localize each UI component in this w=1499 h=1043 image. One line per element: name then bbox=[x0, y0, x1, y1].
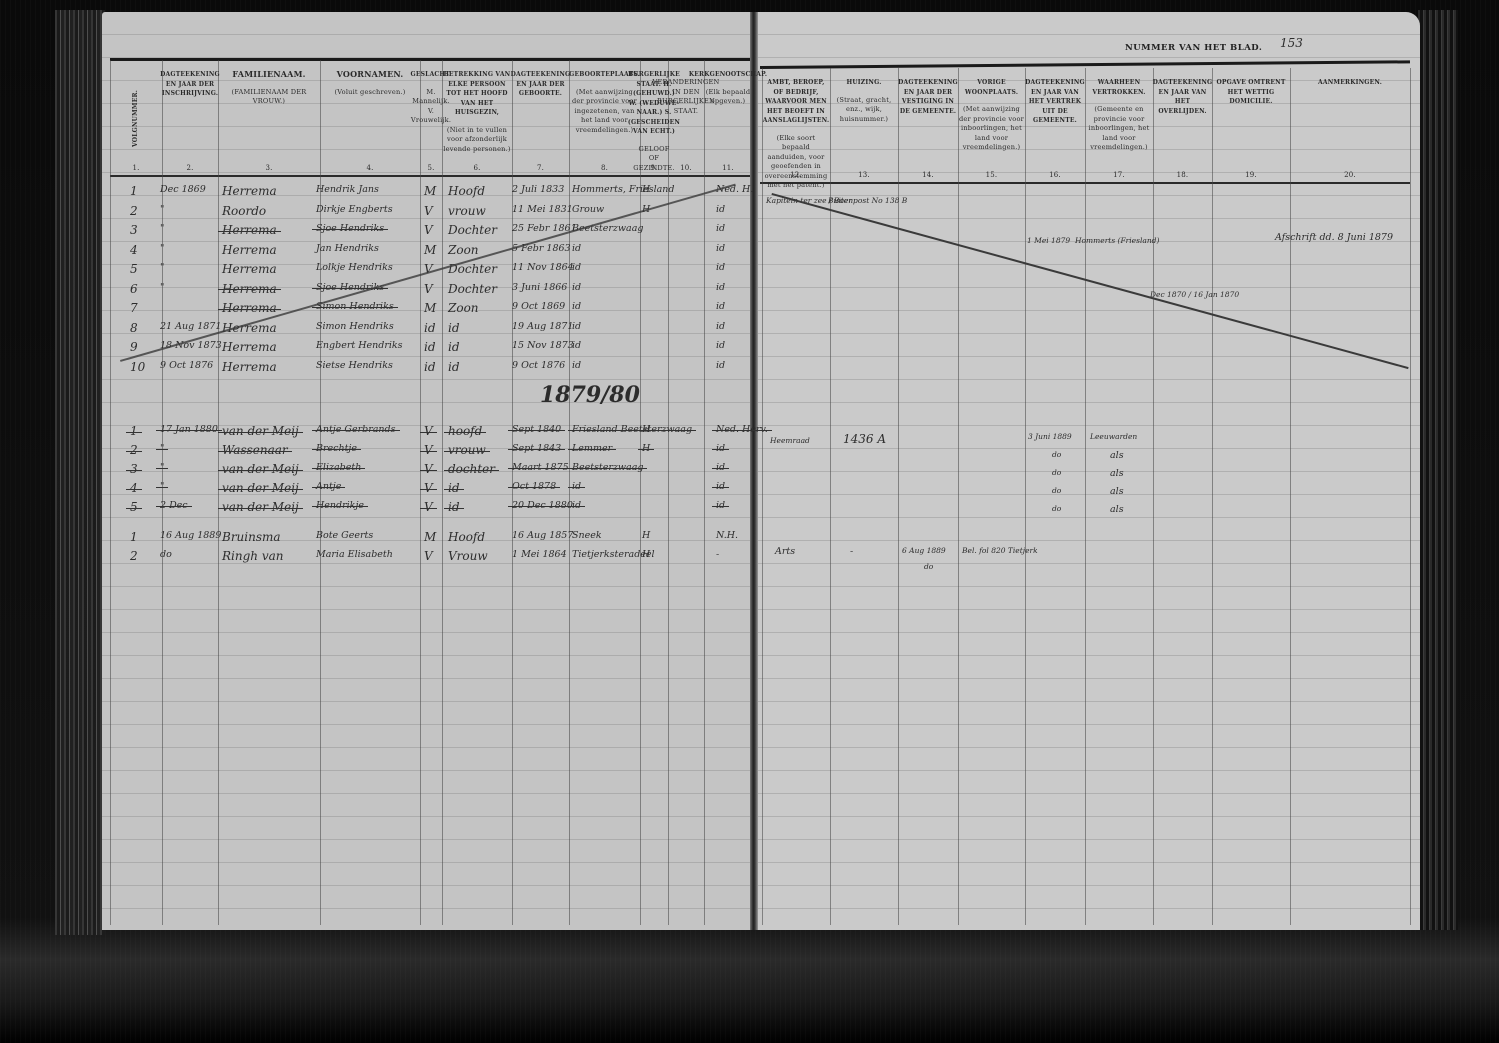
page-number: 153 bbox=[1280, 36, 1303, 50]
entry-given: Hendrik Jans bbox=[316, 184, 379, 195]
column-header-note: (Straat, gracht, enz., wijk, huisnummer.… bbox=[830, 96, 898, 125]
column-header-2: DAGTEEKENING EN JAAR DER INSCHRIJVING.2. bbox=[162, 60, 218, 175]
ditto-mark: do bbox=[1052, 486, 1061, 495]
entry-birth: Sept 1840 bbox=[512, 424, 561, 435]
entry-relation: vrouw bbox=[448, 443, 486, 457]
ditto-mark: do bbox=[1052, 450, 1061, 459]
entry-date: 17 Jan 1880 bbox=[160, 424, 218, 435]
entry-birth: 19 Aug 1871 bbox=[512, 321, 573, 332]
column-header-title: FAMILIENAAM. bbox=[232, 70, 305, 80]
column-divider bbox=[1410, 68, 1411, 925]
entry-no: 2 bbox=[130, 204, 138, 218]
column-header-4: VOORNAMEN.(Voluit geschreven.)4. bbox=[320, 60, 420, 175]
entry-birth: 1 Mei 1864 bbox=[512, 549, 567, 560]
column-header-title: DAGTEEKENING EN JAAR DER INSCHRIJVING. bbox=[160, 70, 220, 99]
entry-relation: Zoon bbox=[448, 301, 479, 315]
entry-surname: Herrema bbox=[222, 223, 277, 237]
entry-no: 6 bbox=[130, 282, 138, 296]
column-header-title: AMBT, BEROEP, OF BEDRIJF, WAARVOOR MEN H… bbox=[762, 78, 830, 126]
entry-sex: V bbox=[424, 500, 433, 514]
column-header-20: AANMERKINGEN.20. bbox=[1290, 68, 1410, 182]
entry-church: id bbox=[716, 321, 725, 332]
entry-birthplace: id bbox=[572, 282, 581, 293]
entry-given: Sjoe Hendriks bbox=[316, 223, 384, 234]
column-header-title: WAARHEEN VERTROKKEN. bbox=[1085, 78, 1153, 97]
entry-no: 5 bbox=[130, 262, 138, 276]
entry-given: Engbert Hendriks bbox=[316, 340, 403, 351]
entry-birthplace: Friesland Beetsterzwaag bbox=[572, 424, 692, 435]
entry-date: " bbox=[160, 204, 164, 215]
entry-house: - bbox=[850, 546, 853, 557]
column-header-title: VOLGNUMMER. bbox=[131, 90, 141, 147]
entry-birth: Sept 1843 bbox=[512, 443, 561, 454]
column-header-15: VORIGE WOONPLAATS.(Met aanwijzing der pr… bbox=[958, 68, 1025, 182]
entry-relation: Zoon bbox=[448, 243, 479, 257]
entry-no: 2 bbox=[130, 549, 138, 563]
column-divider bbox=[762, 68, 763, 925]
entry-settle-date: 6 Aug 1889 bbox=[902, 546, 946, 555]
entry-surname: Roordo bbox=[222, 204, 266, 218]
entry-birth: 15 Nov 1873 bbox=[512, 340, 574, 351]
column-divider bbox=[958, 68, 959, 925]
entry-house: 1436 A bbox=[843, 432, 886, 446]
entry-settle-date: do bbox=[924, 562, 933, 571]
entry-date: do bbox=[160, 549, 172, 560]
entry-birthplace: id bbox=[572, 262, 581, 273]
entry-no: 1 bbox=[130, 184, 138, 198]
column-number: 7. bbox=[512, 164, 569, 174]
column-header-1: VOLGNUMMER.1. bbox=[110, 60, 162, 175]
entry-surname: van der Meij bbox=[222, 481, 299, 495]
entry-birth: 16 Aug 1857 bbox=[512, 530, 573, 541]
entry-date: Dec 1869 bbox=[160, 184, 206, 195]
entry-date: " bbox=[160, 262, 164, 273]
entry-no: 4 bbox=[130, 243, 138, 257]
entry-date: " bbox=[160, 481, 164, 492]
column-divider bbox=[218, 60, 219, 925]
entry-surname: van der Meij bbox=[222, 462, 299, 476]
entry-birth: 11 Nov 1864 bbox=[512, 262, 574, 273]
column-header-14: DAGTEEKENING EN JAAR DER VESTIGING IN DE… bbox=[898, 68, 958, 182]
entry-church: id bbox=[716, 462, 725, 473]
entry-date: " bbox=[160, 443, 164, 454]
entry-civil: H bbox=[642, 184, 650, 195]
entry-sex: V bbox=[424, 282, 433, 296]
entry-birthplace: id bbox=[572, 321, 581, 332]
entry-birth: Oct 1878 bbox=[512, 481, 556, 492]
entry-surname: Bruinsma bbox=[222, 530, 281, 544]
column-header-19: OPGAVE OMTRENT HET WETTIG DOMICILIE.19. bbox=[1212, 68, 1290, 182]
book-page-edges-left bbox=[55, 10, 105, 935]
entry-given: Hendrikje bbox=[316, 500, 364, 511]
column-header-16: DAGTEEKENING EN JAAR VAN HET VERTREK UIT… bbox=[1025, 68, 1085, 182]
entry-departure-to: als bbox=[1110, 504, 1124, 515]
entry-birthplace: Lemmer bbox=[572, 443, 612, 454]
entry-given: Brechtje bbox=[316, 443, 357, 454]
entry-no: 3 bbox=[130, 223, 138, 237]
entry-birth: 2 Juli 1833 bbox=[512, 184, 564, 195]
entry-relation: Hoofd bbox=[448, 530, 485, 544]
entry-church: N.H. bbox=[716, 530, 738, 541]
entry-surname: Herrema bbox=[222, 340, 277, 354]
entry-no: 10 bbox=[130, 360, 145, 374]
column-header-title: DAGTEEKENING EN JAAR VAN HET OVERLIJDEN. bbox=[1153, 78, 1213, 116]
entry-given: Simon Hendriks bbox=[316, 321, 394, 332]
entry-occupation: Arts bbox=[775, 546, 795, 557]
column-header-title: VORIGE WOONPLAATS. bbox=[958, 78, 1025, 97]
entry-sex: id bbox=[424, 360, 436, 374]
entry-date: 21 Aug 1871 bbox=[160, 321, 221, 332]
entry-birthplace: Sneek bbox=[572, 530, 602, 541]
column-number: 15. bbox=[958, 171, 1025, 181]
entry-church: id bbox=[716, 500, 725, 511]
entry-church: id bbox=[716, 481, 725, 492]
column-number: 6. bbox=[442, 164, 512, 174]
entry-remarks: Afschrift dd. 8 Juni 1879 bbox=[1275, 232, 1393, 243]
column-header-title: DAGTEEKENING EN JAAR DER GEBOORTE. bbox=[511, 70, 571, 99]
entry-birthplace: id bbox=[572, 500, 581, 511]
column-header-title: DAGTEEKENING EN JAAR VAN HET VERTREK UIT… bbox=[1025, 78, 1085, 126]
column-header-title: BETREKKING VAN ELKE PERSOON TOT HET HOOF… bbox=[442, 70, 512, 118]
entry-relation: id bbox=[448, 481, 460, 495]
entry-date: 16 Aug 1889 bbox=[160, 530, 221, 541]
column-number: 18. bbox=[1153, 171, 1212, 181]
column-header-note: (Met aanwijzing der provincie voor inboo… bbox=[958, 105, 1025, 153]
entry-surname: van der Meij bbox=[222, 500, 299, 514]
entry-relation: id bbox=[448, 340, 460, 354]
entry-birth: 9 Oct 1869 bbox=[512, 301, 565, 312]
column-divider bbox=[704, 60, 705, 925]
column-divider bbox=[1025, 68, 1026, 925]
column-header-title: HUIZING. bbox=[847, 78, 882, 88]
column-header-title: KERKGENOOTSCHAP. bbox=[689, 70, 767, 80]
column-header-title: VOORNAMEN. bbox=[337, 70, 404, 80]
column-number: 11. bbox=[704, 164, 752, 174]
entry-departure-to: als bbox=[1110, 468, 1124, 479]
entry-relation: id bbox=[448, 321, 460, 335]
entry-birthplace: id bbox=[572, 340, 581, 351]
entry-surname: Herrema bbox=[222, 243, 277, 257]
entry-birthplace: Beetsterzwaag bbox=[572, 462, 643, 473]
entry-given: Simon Hendriks bbox=[316, 301, 394, 312]
entry-sex: M bbox=[424, 243, 436, 257]
entry-surname: Ringh van bbox=[222, 549, 284, 563]
column-number: 19. bbox=[1212, 171, 1290, 181]
column-header-note: (Niet in te vullen voor afzonderlijk lev… bbox=[442, 126, 512, 155]
entry-relation: Vrouw bbox=[448, 549, 488, 563]
column-divider bbox=[1212, 68, 1213, 925]
column-number: 4. bbox=[320, 164, 420, 174]
entry-birthplace: id bbox=[572, 481, 581, 492]
entry-sex: id bbox=[424, 321, 436, 335]
column-header-note: (Elke soort bepaald aanduiden, voor geoe… bbox=[762, 134, 830, 191]
entry-no: 9 bbox=[130, 340, 138, 354]
entry-no: 3 bbox=[130, 462, 138, 476]
entry-relation: id bbox=[448, 500, 460, 514]
entry-birthplace: id bbox=[572, 301, 581, 312]
entry-civil: H bbox=[642, 443, 650, 454]
column-number: 2. bbox=[162, 164, 218, 174]
section-year-heading: 1879/80 bbox=[540, 382, 640, 408]
entry-no: 8 bbox=[130, 321, 138, 335]
entry-departure-date: 1 Mei 1879 bbox=[1027, 236, 1070, 245]
ditto-mark: do bbox=[1052, 504, 1061, 513]
entry-church: id bbox=[716, 204, 725, 215]
entry-surname: Herrema bbox=[222, 184, 277, 198]
entry-no: 5 bbox=[130, 500, 138, 514]
entry-sex: V bbox=[424, 549, 433, 563]
entry-relation: id bbox=[448, 360, 460, 374]
entry-given: Sietse Hendriks bbox=[316, 360, 393, 371]
column-number: 8. bbox=[569, 164, 640, 174]
entry-church: id bbox=[716, 340, 725, 351]
entry-civil: H bbox=[642, 549, 650, 560]
entry-sex: M bbox=[424, 184, 436, 198]
column-header-12: AMBT, BEROEP, OF BEDRIJF, WAARVOOR MEN H… bbox=[762, 68, 830, 182]
column-number: 17. bbox=[1085, 171, 1153, 181]
column-number: 13. bbox=[830, 171, 898, 181]
column-number: 14. bbox=[898, 171, 958, 181]
entry-church: id bbox=[716, 443, 725, 454]
entry-civil: H bbox=[642, 530, 650, 541]
entry-occupation: Heemraad bbox=[770, 436, 810, 445]
entry-given: Antje Gerbrands bbox=[316, 424, 396, 435]
entry-church: id bbox=[716, 282, 725, 293]
column-header-note: (Gemeente en provincie voor inboorlingen… bbox=[1085, 105, 1153, 153]
entry-relation: hoofd bbox=[448, 424, 482, 438]
entry-surname: Wassenaar bbox=[222, 443, 288, 457]
column-header-13: HUIZING.(Straat, gracht, enz., wijk, hui… bbox=[830, 68, 898, 182]
column-header-note: (FAMILIENAAM DER VROUW.) bbox=[218, 88, 320, 107]
entry-church: id bbox=[716, 262, 725, 273]
column-header-17: WAARHEEN VERTROKKEN.(Gemeente en provinc… bbox=[1085, 68, 1153, 182]
entry-church: Ned. H. bbox=[716, 184, 753, 195]
entry-no: 2 bbox=[130, 443, 138, 457]
column-header-note: (Voluit geschreven.) bbox=[335, 88, 406, 98]
entry-given: Jan Hendriks bbox=[316, 243, 379, 254]
entry-birthplace: Grouw bbox=[572, 204, 604, 215]
entry-relation: Hoofd bbox=[448, 184, 485, 198]
column-number: 10. bbox=[668, 164, 704, 174]
entry-departure-to: Hommerts (Friesland) bbox=[1075, 236, 1159, 245]
entry-civil: H bbox=[642, 424, 650, 435]
column-number: 5. bbox=[420, 164, 442, 174]
entry-no: 4 bbox=[130, 481, 138, 495]
column-number: 20. bbox=[1290, 171, 1410, 181]
entry-birth: 3 Juni 1866 bbox=[512, 282, 567, 293]
column-header-6: BETREKKING VAN ELKE PERSOON TOT HET HOOF… bbox=[442, 60, 512, 175]
entry-given: Antje bbox=[316, 481, 341, 492]
column-header-5: GESLACHT.M. Mannelijk. V. Vrouwelijk.5. bbox=[420, 60, 442, 175]
entry-church: id bbox=[716, 301, 725, 312]
entry-sex: M bbox=[424, 301, 436, 315]
entry-sex: V bbox=[424, 204, 433, 218]
entry-relation: dochter bbox=[448, 462, 495, 476]
entry-no: 1 bbox=[130, 530, 138, 544]
entry-given: Bote Geerts bbox=[316, 530, 373, 541]
entry-given: Maria Elisabeth bbox=[316, 549, 393, 560]
column-header-title: AANMERKINGEN. bbox=[1318, 78, 1382, 88]
entry-date: " bbox=[160, 462, 164, 473]
entry-birth: Maart 1875 bbox=[512, 462, 569, 473]
entry-date: " bbox=[160, 243, 164, 254]
entry-birthplace: id bbox=[572, 360, 581, 371]
entry-church: id bbox=[716, 243, 725, 254]
column-divider bbox=[1153, 68, 1154, 925]
entry-surname: Herrema bbox=[222, 262, 277, 276]
entry-birth: 11 Mei 1831 bbox=[512, 204, 573, 215]
entry-date: 9 Oct 1876 bbox=[160, 360, 213, 371]
entry-surname: Herrema bbox=[222, 301, 277, 315]
entry-given: Dirkje Engberts bbox=[316, 204, 393, 215]
ditto-mark: do bbox=[1052, 468, 1061, 477]
entry-surname: van der Meij bbox=[222, 424, 299, 438]
column-divider bbox=[1085, 68, 1086, 925]
entry-sex: V bbox=[424, 443, 433, 457]
entry-given: Elizabeth bbox=[316, 462, 361, 473]
entry-relation: Dochter bbox=[448, 223, 497, 237]
entry-birth: 20 Dec 1880 bbox=[512, 500, 573, 511]
entry-sex: V bbox=[424, 424, 433, 438]
column-header-11: KERKGENOOTSCHAP.(Elk bepaald opgeven.)11… bbox=[704, 60, 752, 175]
entry-church: id bbox=[716, 223, 725, 234]
entry-death-date: Dec 1870 / 16 Jan 1870 bbox=[1150, 290, 1239, 299]
entry-birthplace: Hommerts, Friesland bbox=[572, 184, 675, 195]
column-number: 3. bbox=[218, 164, 320, 174]
entry-church: id bbox=[716, 360, 725, 371]
column-header-note: (Elk bepaald opgeven.) bbox=[704, 88, 752, 107]
entry-date: 2 Dec bbox=[160, 500, 188, 511]
entry-relation: Dochter bbox=[448, 282, 497, 296]
column-divider bbox=[1290, 68, 1291, 925]
entry-house: Buitenpost No 138 B bbox=[828, 196, 907, 205]
column-divider bbox=[569, 60, 570, 925]
entry-given: Lolkje Hendriks bbox=[316, 262, 393, 273]
entry-sex: V bbox=[424, 462, 433, 476]
entry-previous-residence: Bel. fol 820 Tietjerk bbox=[962, 546, 1038, 555]
column-number: 9. bbox=[640, 164, 668, 174]
entry-church: - bbox=[716, 549, 719, 560]
column-header-7: DAGTEEKENING EN JAAR DER GEBOORTE.7. bbox=[512, 60, 569, 175]
column-header-3: FAMILIENAAM.(FAMILIENAAM DER VROUW.)3. bbox=[218, 60, 320, 175]
entry-sex: id bbox=[424, 340, 436, 354]
column-header-18: DAGTEEKENING EN JAAR VAN HET OVERLIJDEN.… bbox=[1153, 68, 1212, 182]
entry-no: 7 bbox=[130, 301, 138, 315]
column-number: 16. bbox=[1025, 171, 1085, 181]
entry-departure-to: als bbox=[1110, 486, 1124, 497]
column-divider bbox=[110, 60, 111, 925]
entry-departure-to: als bbox=[1110, 450, 1124, 461]
entry-sex: V bbox=[424, 481, 433, 495]
entry-no: 1 bbox=[130, 424, 138, 438]
column-header-title: OPGAVE OMTRENT HET WETTIG DOMICILIE. bbox=[1212, 78, 1290, 107]
entry-date: " bbox=[160, 223, 164, 234]
entry-church: Ned. Herv. bbox=[716, 424, 768, 435]
entry-sex: V bbox=[424, 223, 433, 237]
column-number: 12. bbox=[762, 171, 830, 181]
column-number: 1. bbox=[110, 164, 162, 174]
header-bottom-rule-left bbox=[110, 175, 750, 177]
book-page-edges-right bbox=[1418, 10, 1458, 930]
column-header-title: DAGTEEKENING EN JAAR DER VESTIGING IN DE… bbox=[898, 78, 958, 116]
column-divider bbox=[420, 60, 421, 925]
entry-departure-to: Leeuwarden bbox=[1090, 432, 1137, 441]
entry-departure-date: 3 Juni 1889 bbox=[1028, 432, 1072, 441]
column-divider bbox=[442, 60, 443, 925]
entry-birthplace: id bbox=[572, 243, 581, 254]
entry-date: " bbox=[160, 282, 164, 293]
entry-sex: M bbox=[424, 530, 436, 544]
page-number-label: NUMMER VAN HET BLAD. bbox=[1125, 43, 1262, 53]
entry-birth: 9 Oct 1876 bbox=[512, 360, 565, 371]
entry-surname: Herrema bbox=[222, 282, 277, 296]
entry-surname: Herrema bbox=[222, 360, 277, 374]
entry-relation: vrouw bbox=[448, 204, 486, 218]
